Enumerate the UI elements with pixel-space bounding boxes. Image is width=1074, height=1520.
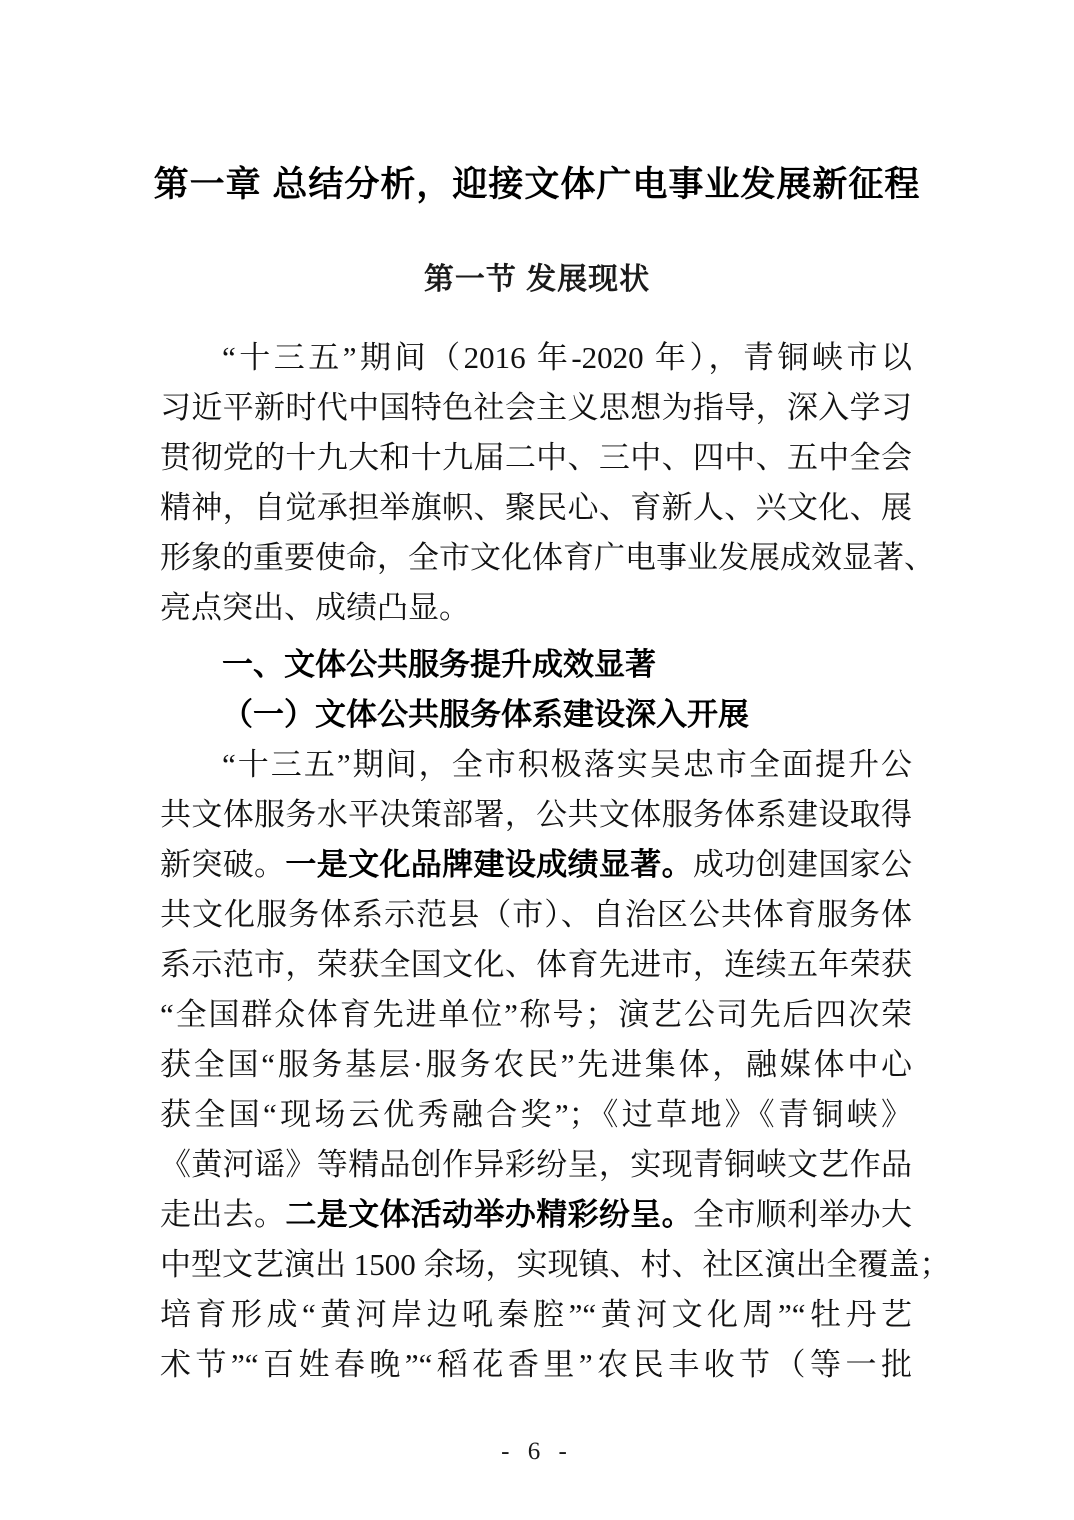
body-text: 获全国“服务基层·服务农民”先进集体，融媒体中心	[160, 1047, 912, 1082]
body-text: 系示范市，荣获全国文化、体育先进市，连续五年荣获	[160, 947, 912, 982]
body-text-line: 形象的重要使命，全市文化体育广电事业发展成效显著、	[160, 533, 912, 583]
body-text: 形象的重要使命，全市文化体育广电事业发展成效显著、	[160, 540, 935, 575]
body-text-line: 术节”“百姓春晚”“稻花香里”农民丰收节（等一批	[160, 1340, 912, 1390]
body-text-line: 《黄河谣》等精品创作异彩纷呈，实现青铜峡文艺作品	[160, 1140, 912, 1190]
body-text: 习近平新时代中国特色社会主义思想为指导，深入学习	[160, 390, 912, 425]
body-text: 共文化服务体系示范县（市）、自治区公共体育服务体	[160, 897, 912, 932]
body-text-line: 获全国“服务基层·服务农民”先进集体，融媒体中心	[160, 1040, 912, 1090]
body-text-line: “十三五”期间（2016 年-2020 年），青铜峡市以	[160, 333, 912, 383]
body-text-line: 中型文艺演出 1500 余场，实现镇、村、社区演出全覆盖；	[160, 1240, 912, 1290]
body-text: “十三五”期间（2016 年-2020 年），青铜峡市以	[222, 340, 912, 375]
body-text: 新突破。	[160, 847, 285, 882]
body-text-line: 精神，自觉承担举旗帜、聚民心、育新人、兴文化、展	[160, 483, 912, 533]
body-text-line: 共文体服务水平决策部署，公共文体服务体系建设取得	[160, 790, 912, 840]
body-text-line: 共文化服务体系示范县（市）、自治区公共体育服务体	[160, 890, 912, 940]
body-text-line: 新突破。一是文化品牌建设成绩显著。成功创建国家公	[160, 840, 912, 890]
heading-sub: （一）文体公共服务体系建设深入开展	[160, 690, 912, 740]
document-body: “十三五”期间（2016 年-2020 年），青铜峡市以习近平新时代中国特色社会…	[160, 333, 912, 1390]
body-text-line: 贯彻党的十九大和十九届二中、三中、四中、五中全会	[160, 433, 912, 483]
body-text-line: “十三五”期间，全市积极落实吴忠市全面提升公	[160, 740, 912, 790]
body-text-line: 走出去。二是文体活动举办精彩纷呈。全市顺利举办大	[160, 1190, 912, 1240]
document-page: 第一章 总结分析，迎接文体广电事业发展新征程 第一节 发展现状 “十三五”期间（…	[0, 0, 1074, 1520]
emphasis-text: 一是文化品牌建设成绩显著。	[285, 847, 693, 882]
emphasis-text: 二是文体活动举办精彩纷呈。	[285, 1197, 693, 1232]
body-text: 全市顺利举办大	[693, 1197, 912, 1232]
body-text: “全国群众体育先进单位”称号；演艺公司先后四次荣	[160, 997, 912, 1032]
body-text: 中型文艺演出 1500 余场，实现镇、村、社区演出全覆盖；	[160, 1247, 951, 1282]
body-text: 精神，自觉承担举旗帜、聚民心、育新人、兴文化、展	[160, 490, 912, 525]
body-text-line: 系示范市，荣获全国文化、体育先进市，连续五年荣获	[160, 940, 912, 990]
body-text-line: 获全国“现场云优秀融合奖”；《过草地》《青铜峡》	[160, 1090, 912, 1140]
body-text-line: 习近平新时代中国特色社会主义思想为指导，深入学习	[160, 383, 912, 433]
body-text: 培育形成“黄河岸边吼秦腔”“黄河文化周”“牡丹艺	[160, 1297, 912, 1332]
body-text: 获全国“现场云优秀融合奖”；《过草地》《青铜峡》	[160, 1097, 912, 1132]
body-text: 术节”“百姓春晚”“稻花香里”农民丰收节（等一批	[160, 1347, 912, 1382]
body-text: 共文体服务水平决策部署，公共文体服务体系建设取得	[160, 797, 912, 832]
section-title: 第一节 发展现状	[0, 260, 1074, 300]
body-text: 《黄河谣》等精品创作异彩纷呈，实现青铜峡文艺作品	[160, 1147, 912, 1182]
chapter-title: 第一章 总结分析，迎接文体广电事业发展新征程	[0, 163, 1074, 207]
body-text: 贯彻党的十九大和十九届二中、三中、四中、五中全会	[160, 440, 912, 475]
body-text-line: 培育形成“黄河岸边吼秦腔”“黄河文化周”“牡丹艺	[160, 1290, 912, 1340]
body-text: “十三五”期间，全市积极落实吴忠市全面提升公	[222, 747, 912, 782]
body-text-line: “全国群众体育先进单位”称号；演艺公司先后四次荣	[160, 990, 912, 1040]
body-text: 走出去。	[160, 1197, 285, 1232]
heading-numbered: 一、文体公共服务提升成效显著	[160, 640, 912, 690]
body-text-line: 亮点突出、成绩凸显。	[160, 583, 912, 633]
page-number: - 6 -	[0, 1436, 1074, 1468]
body-text: 成功创建国家公	[693, 847, 912, 882]
body-text: 亮点突出、成绩凸显。	[160, 590, 470, 625]
